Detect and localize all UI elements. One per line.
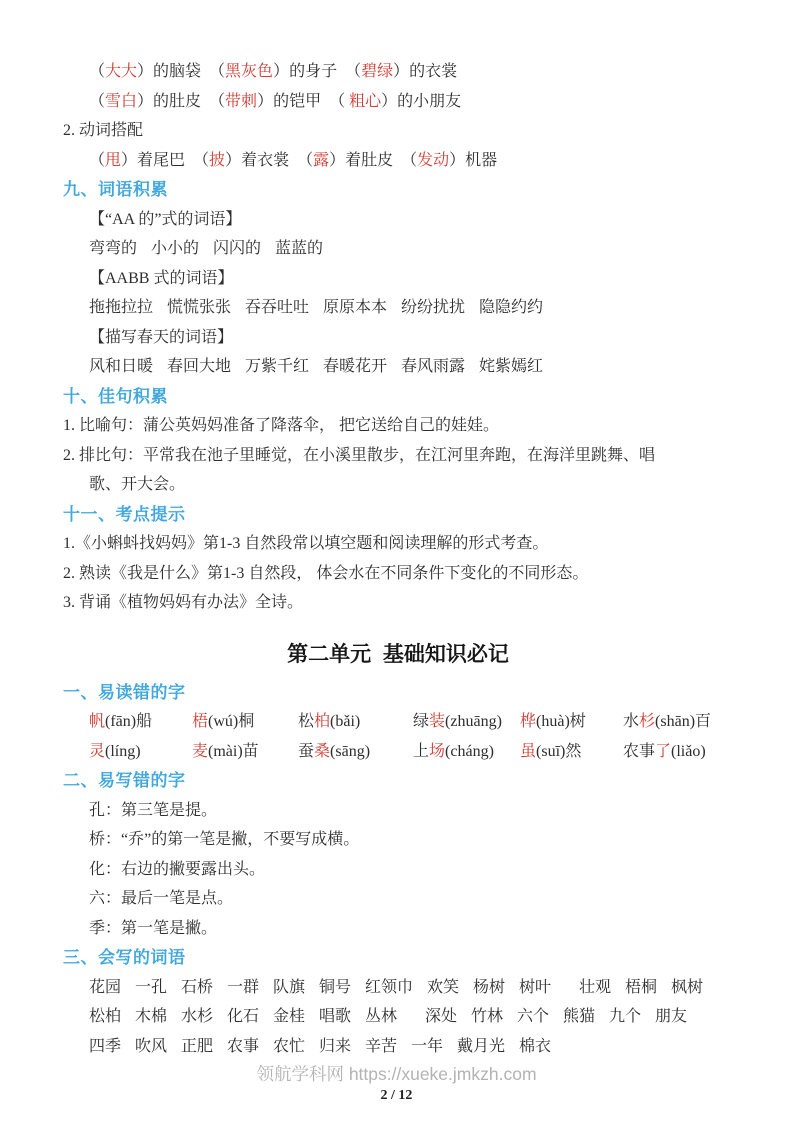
red-text: 梧 — [192, 713, 208, 730]
doc-line: 1.《小蝌蚪找妈妈》第1-3 自然段常以填空题和阅读理解的形式考查。 — [63, 529, 733, 559]
red-text: 粗心 — [349, 93, 381, 110]
document-body: （大大）的脑袋 （黑灰色）的身子 （碧绿）的衣裳（雪白）的肚皮 （带刺）的铠甲 … — [0, 0, 793, 1061]
word-list-line: 四季 吹风 正肥 农事 农忙 归来 辛苦 一年 戴月光 棉衣 — [63, 1032, 733, 1062]
red-text: 柏 — [314, 713, 330, 730]
pinyin-item: 梧(wú)桐 — [192, 707, 298, 737]
doc-line: 六：最后一笔是点。 — [63, 884, 733, 914]
pinyin-item: 灵(líng) — [89, 737, 192, 767]
pinyin-row: 帆(fān)船梧(wú)桐松柏(bǎi)绿装(zhuāng)桦(huà)树水杉(… — [63, 707, 733, 737]
doc-line: （甩）着尾巴 （披）着衣裳 （露）着肚皮 （发动）机器 — [63, 146, 733, 176]
pinyin-row: 灵(líng)麦(mài)苗蚕桑(sāng)上场(cháng)虽(suī)然农事… — [63, 737, 733, 767]
doc-line: 歌、开大会。 — [63, 470, 733, 500]
doc-line: 化：右边的撇要露出头。 — [63, 855, 733, 885]
section-header: 十、佳句积累 — [63, 382, 733, 412]
red-text: 帆 — [89, 713, 105, 730]
red-text: 杉 — [639, 713, 655, 730]
red-text: 场 — [429, 743, 445, 760]
red-text: 露 — [313, 152, 329, 169]
pinyin-item: 绿装(zhuāng) — [413, 707, 520, 737]
doc-line: 1. 比喻句：蒲公英妈妈准备了降落伞， 把它送给自己的娃娃。 — [63, 411, 733, 441]
page-number: 2 / 12 — [0, 1088, 793, 1104]
word-list-line: 拖拖拉拉 慌慌张张 吞吞吐吐 原原本本 纷纷扰扰 隐隐约约 — [63, 293, 733, 323]
section-header: 三、会写的词语 — [63, 943, 733, 973]
pinyin-item: 松柏(bǎi) — [298, 707, 413, 737]
section-header: 一、易读错的字 — [63, 678, 733, 708]
red-text: 大大 — [105, 63, 137, 80]
unit-title: 第二单元 基础知识必记 — [63, 640, 733, 670]
doc-line: 【AABB 式的词语】 — [63, 264, 733, 294]
word-list-line: 花园 一孔 石桥 一群 队旗 铜号 红领巾 欢笑 杨树 树叶 壮观 梧桐 枫树 — [63, 973, 733, 1003]
doc-line: 2. 动词搭配 — [63, 116, 733, 146]
pinyin-item: 帆(fān)船 — [89, 707, 192, 737]
pinyin-item: 桦(huà)树 — [520, 707, 623, 737]
red-text: 发动 — [417, 152, 449, 169]
doc-line: （雪白）的肚皮 （带刺）的铠甲 （ 粗心）的小朋友 — [63, 87, 733, 117]
red-text: 碧绿 — [361, 63, 393, 80]
doc-line: 2. 熟读《我是什么》第1-3 自然段， 体会水在不同条件下变化的不同形态。 — [63, 559, 733, 589]
section-header: 十一、考点提示 — [63, 500, 733, 530]
watermark: 领航学科网 https://xueke.jmkzh.com — [0, 1061, 793, 1086]
pinyin-item: 农事了(liǎo) — [623, 737, 706, 767]
document-page: （大大）的脑袋 （黑灰色）的身子 （碧绿）的衣裳（雪白）的肚皮 （带刺）的铠甲 … — [0, 0, 793, 1061]
doc-line: 【“AA 的”式的词语】 — [63, 205, 733, 235]
red-text: 带刺 — [225, 93, 257, 110]
red-text: 虽 — [520, 743, 536, 760]
red-text: 装 — [429, 713, 445, 730]
red-text: 了 — [655, 743, 671, 760]
red-text: 雪白 — [105, 93, 137, 110]
word-list-line: 松柏 木棉 水杉 化石 金桂 唱歌 丛林 深处 竹林 六个 熊猫 九个 朋友 — [63, 1002, 733, 1032]
red-text: 桑 — [314, 743, 330, 760]
pinyin-item: 麦(mài)苗 — [192, 737, 298, 767]
red-text: 披 — [209, 152, 225, 169]
pinyin-item: 水杉(shān)百 — [623, 707, 711, 737]
red-text: 灵 — [89, 743, 105, 760]
doc-line: 【描写春天的词语】 — [63, 323, 733, 353]
red-text: 黑灰色 — [225, 63, 273, 80]
doc-line: 季：第一笔是撇。 — [63, 914, 733, 944]
red-text: 麦 — [192, 743, 208, 760]
word-list-line: 风和日暖 春回大地 万紫千红 春暖花开 春风雨露 姹紫嫣红 — [63, 352, 733, 382]
red-text: 甩 — [105, 152, 121, 169]
word-list-line: 弯弯的 小小的 闪闪的 蓝蓝的 — [63, 234, 733, 264]
doc-line: （大大）的脑袋 （黑灰色）的身子 （碧绿）的衣裳 — [63, 57, 733, 87]
doc-line: 桥：“乔”的第一笔是撇，不要写成横。 — [63, 825, 733, 855]
pinyin-item: 蚕桑(sāng) — [298, 737, 413, 767]
doc-line: 3. 背诵《植物妈妈有办法》全诗。 — [63, 588, 733, 618]
section-header: 二、易写错的字 — [63, 766, 733, 796]
pinyin-item: 虽(suī)然 — [520, 737, 623, 767]
doc-line: 2. 排比句：平常我在池子里睡觉，在小溪里散步，在江河里奔跑，在海洋里跳舞、唱 — [63, 441, 733, 471]
red-text: 桦 — [520, 713, 536, 730]
doc-line: 孔：第三笔是提。 — [63, 796, 733, 826]
section-header: 九、词语积累 — [63, 175, 733, 205]
pinyin-item: 上场(cháng) — [413, 737, 520, 767]
